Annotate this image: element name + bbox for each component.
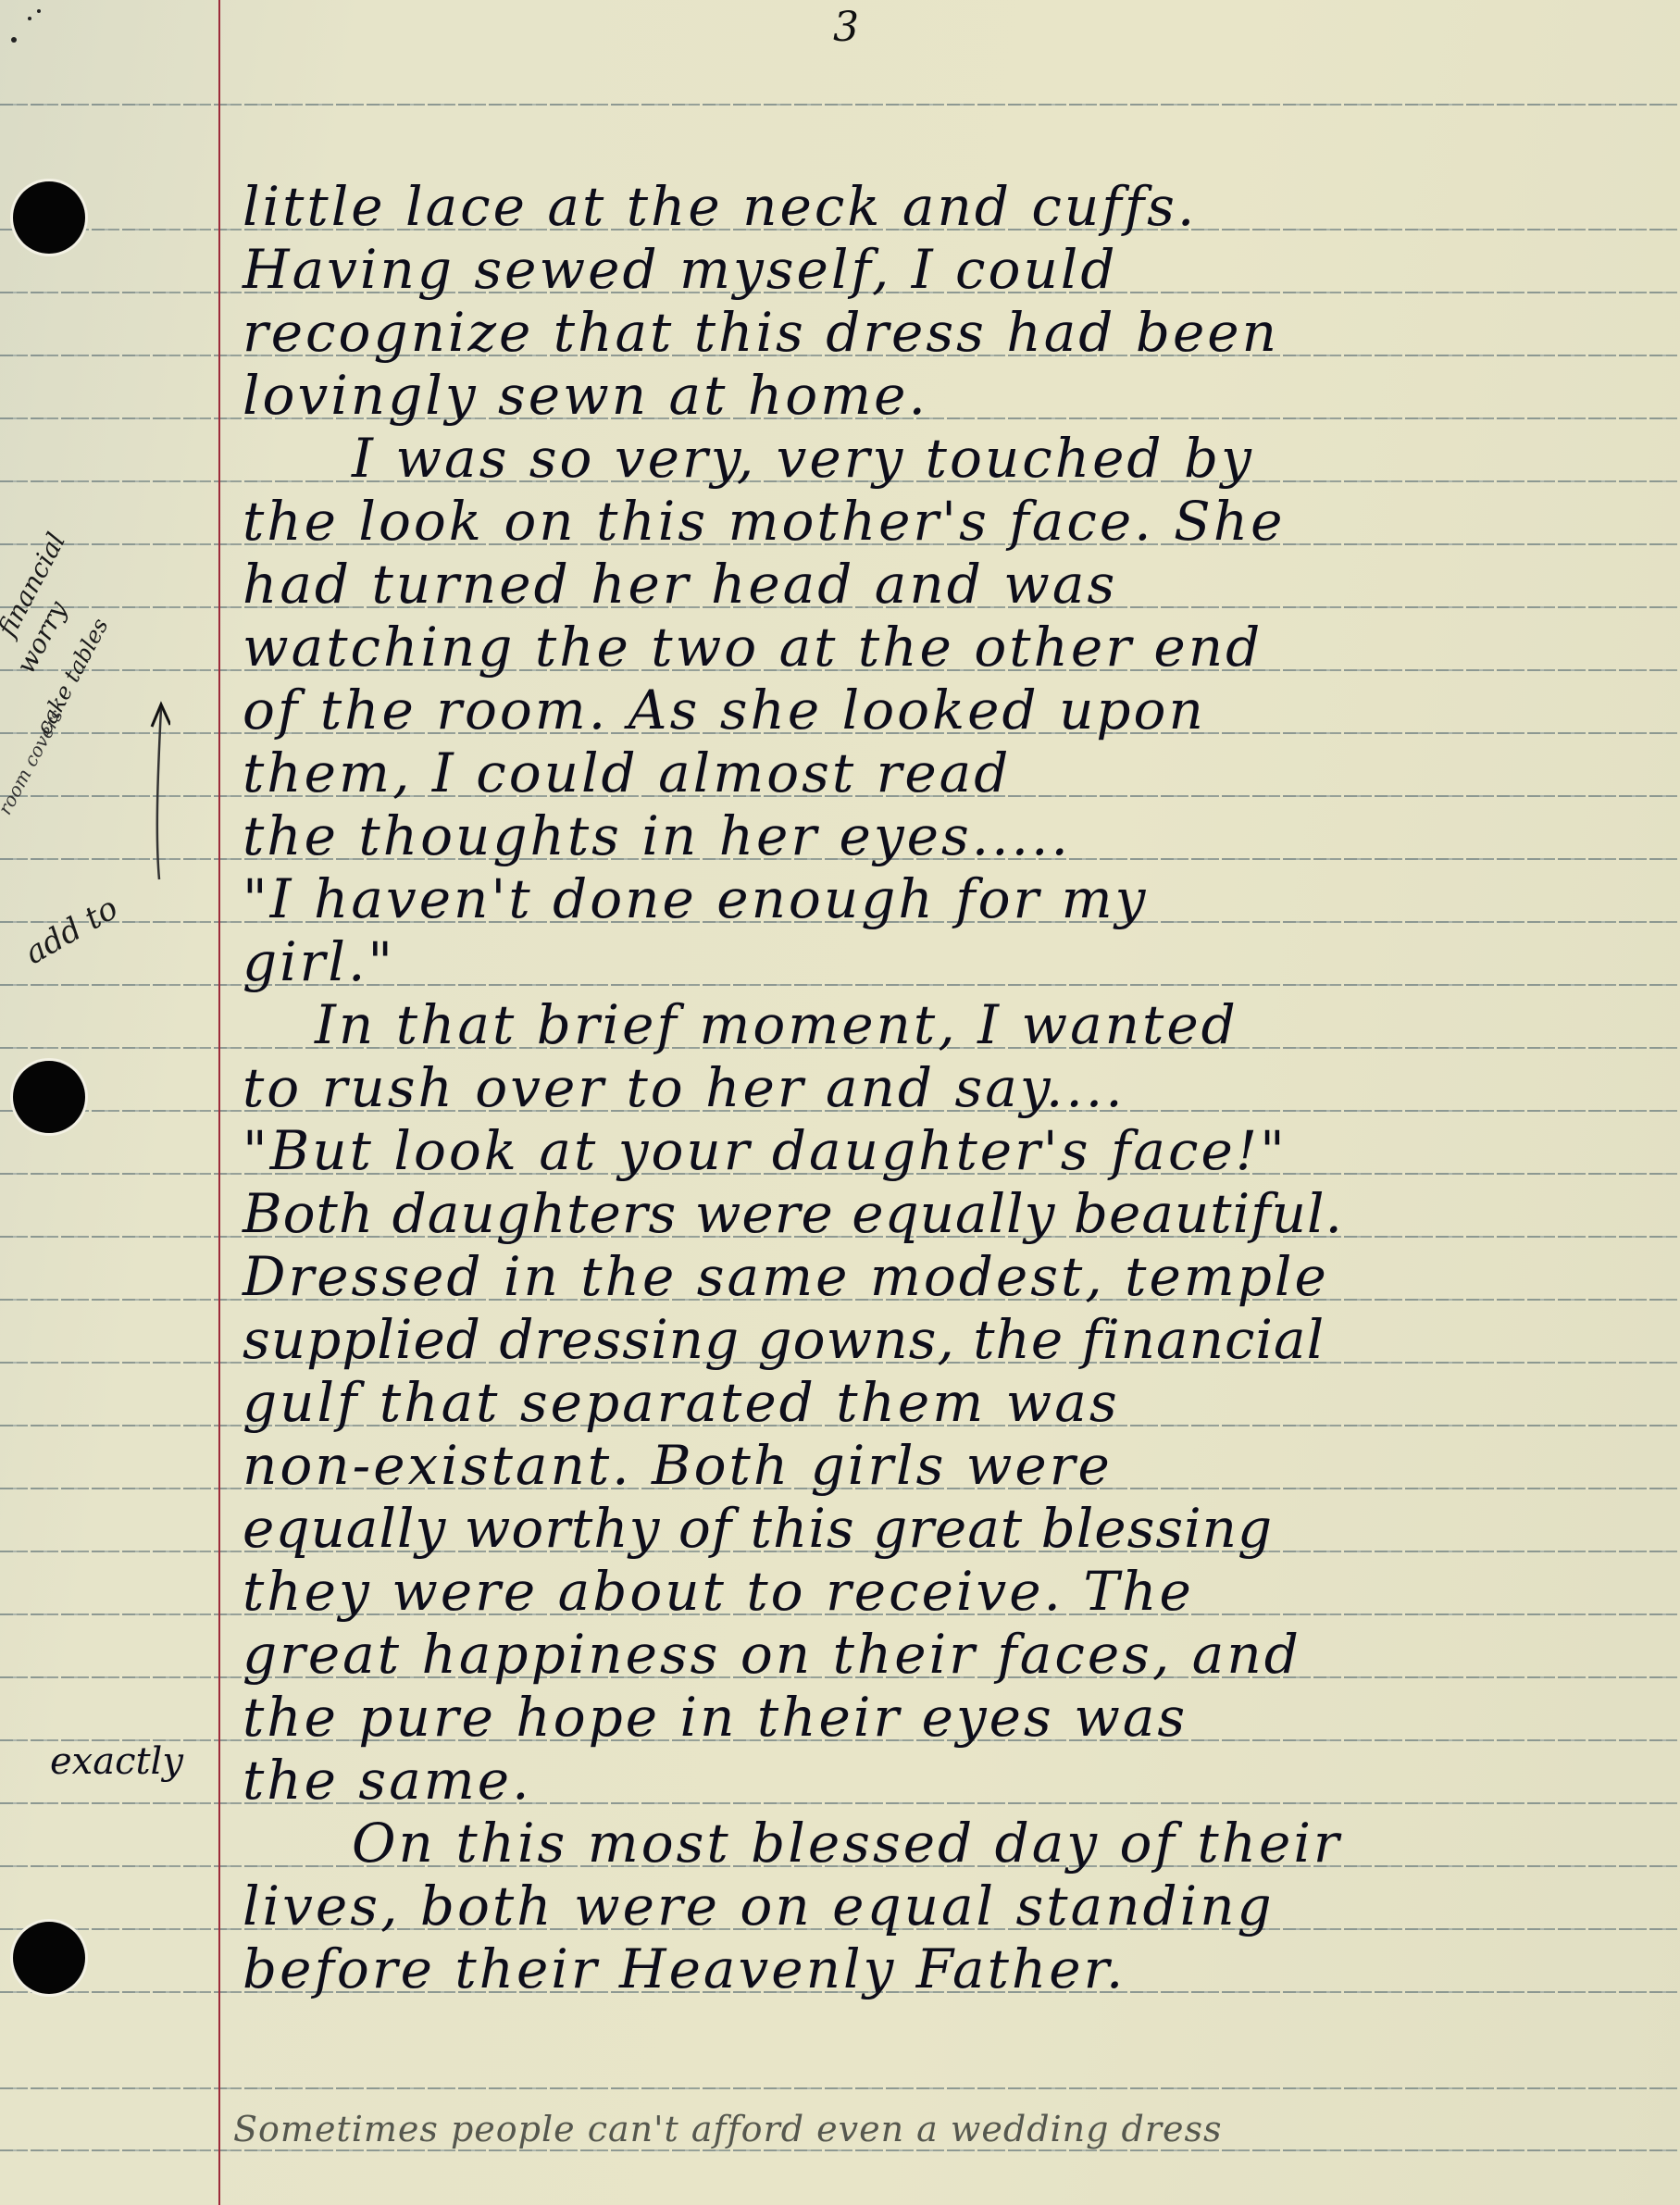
- body-line: supplied dressing gowns, the financial: [243, 1313, 1325, 1366]
- body-line: non-existant. Both girls were: [243, 1439, 1113, 1492]
- body-line: to rush over to her and say....: [243, 1061, 1126, 1115]
- body-line: "I haven't done enough for my: [243, 872, 1148, 926]
- body-line: the pure hope in their eyes was: [243, 1690, 1188, 1744]
- margin-note-add-to: add to: [19, 890, 124, 972]
- body-line: I was so very, very touched by: [352, 431, 1254, 485]
- body-line: the look on this mother's face. She: [243, 494, 1285, 548]
- body-line: the same.: [243, 1753, 532, 1807]
- body-line: them, I could almost read: [243, 746, 1011, 800]
- body-line: little lace at the neck and cuffs.: [243, 180, 1197, 233]
- stray-mark: [37, 9, 41, 13]
- body-line: watching the two at the other end: [243, 620, 1263, 674]
- stray-mark: [28, 17, 31, 20]
- rule-line: [0, 104, 1680, 106]
- rule-line: [0, 2087, 1680, 2089]
- red-margin-line: [218, 0, 220, 2205]
- body-line: girl.": [243, 935, 395, 989]
- stray-mark: [11, 37, 17, 43]
- body-line: the thoughts in her eyes.....: [243, 809, 1071, 863]
- body-line: had turned her head and was: [243, 557, 1117, 611]
- binder-hole: [13, 181, 85, 254]
- body-line: Having sewed myself, I could: [243, 243, 1117, 296]
- footer-pencil-note: Sometimes people can't afford even a wed…: [233, 2109, 1223, 2149]
- body-line: before their Heavenly Father.: [243, 1942, 1126, 1996]
- body-line: equally worthy of this great blessing: [243, 1501, 1273, 1555]
- margin-note-exactly: exactly: [50, 1740, 183, 1783]
- body-line: In that brief moment, I wanted: [315, 998, 1238, 1052]
- body-line: gulf that separated them was: [243, 1376, 1120, 1429]
- binder-hole: [13, 1922, 85, 1994]
- body-line: Dressed in the same modest, temple: [243, 1250, 1329, 1303]
- binder-hole: [13, 1061, 85, 1133]
- body-line: Both daughters were equally beautiful.: [243, 1187, 1343, 1240]
- arrow-up-icon: [148, 699, 170, 884]
- body-line: great happiness on their faces, and: [243, 1627, 1301, 1681]
- body-line: lovingly sewn at home.: [243, 368, 928, 422]
- body-line: On this most blessed day of their: [352, 1816, 1342, 1870]
- body-line: "But look at your daughter's face!": [243, 1124, 1288, 1177]
- body-line: lives, both were on equal standing: [243, 1879, 1275, 1933]
- rule-line: [0, 2149, 1680, 2151]
- page-number: 3: [833, 4, 859, 51]
- body-line: they were about to receive. The: [243, 1564, 1194, 1618]
- body-line: of the room. As she looked upon: [243, 683, 1206, 737]
- body-line: recognize that this dress had been: [243, 305, 1279, 359]
